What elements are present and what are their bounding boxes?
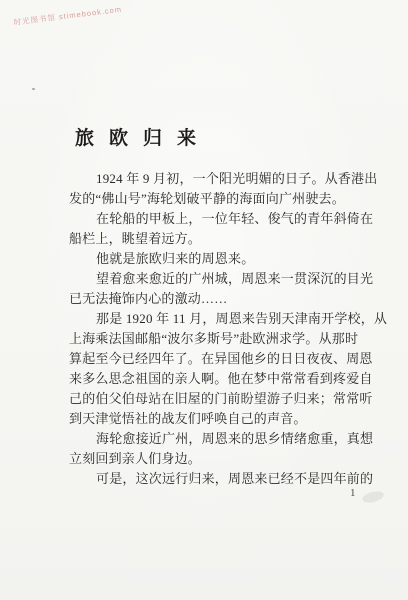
- text-line: 在轮船的甲板上，一位年轻、俊气的青年斜倚在: [69, 209, 374, 229]
- text-line: 那是 1920 年 11 月，周恩来告别天津南开学校，从: [69, 309, 374, 329]
- body-text: 1924 年 9 月初，一个阳光明媚的日子。从香港出发的“佛山号”海轮划破平静的…: [69, 169, 374, 489]
- text-line: 他就是旅欧归来的周恩来。: [69, 249, 374, 269]
- watermark-text: 时光图书馆 stimebook.com: [13, 4, 123, 28]
- scan-smudge: [361, 489, 385, 504]
- text-line: 海轮愈接近广州，周恩来的思乡情绪愈重，真想: [69, 429, 374, 449]
- text-line: 立刻回到亲人们身边。: [69, 449, 374, 469]
- page-number: 1: [350, 486, 356, 500]
- book-page: 时光图书馆 stimebook.com 旅欧归来 1924 年 9 月初，一个阳…: [0, 0, 408, 600]
- text-line: 己的伯父伯母站在旧屋的门前盼望游子归来；常常听: [69, 389, 374, 409]
- text-line: 发的“佛山号”海轮划破平静的海面向广州驶去。: [69, 189, 374, 209]
- text-line: 可是，这次远行归来，周恩来已经不是四年前的: [69, 469, 374, 489]
- text-line: 算起至今已经四年了。在异国他乡的日日夜夜、周恩: [69, 349, 374, 369]
- text-line: 已无法掩饰内心的激动……: [69, 289, 374, 309]
- text-line: 上海乘法国邮船“波尔多斯号”赴欧洲求学。从那时: [69, 329, 374, 349]
- scan-speck: [32, 88, 35, 90]
- text-line: 到天津觉悟社的战友们呼唤自己的声音。: [69, 409, 374, 429]
- text-line: 望着愈来愈近的广州城，周恩来一贯深沉的目光: [69, 269, 374, 289]
- text-line: 来多么思念祖国的亲人啊。他在梦中常常看到疼爱自: [69, 369, 374, 389]
- text-line: 1924 年 9 月初，一个阳光明媚的日子。从香港出: [69, 169, 374, 189]
- text-line: 船栏上，眺望着远方。: [69, 229, 374, 249]
- chapter-title: 旅欧归来: [75, 128, 211, 149]
